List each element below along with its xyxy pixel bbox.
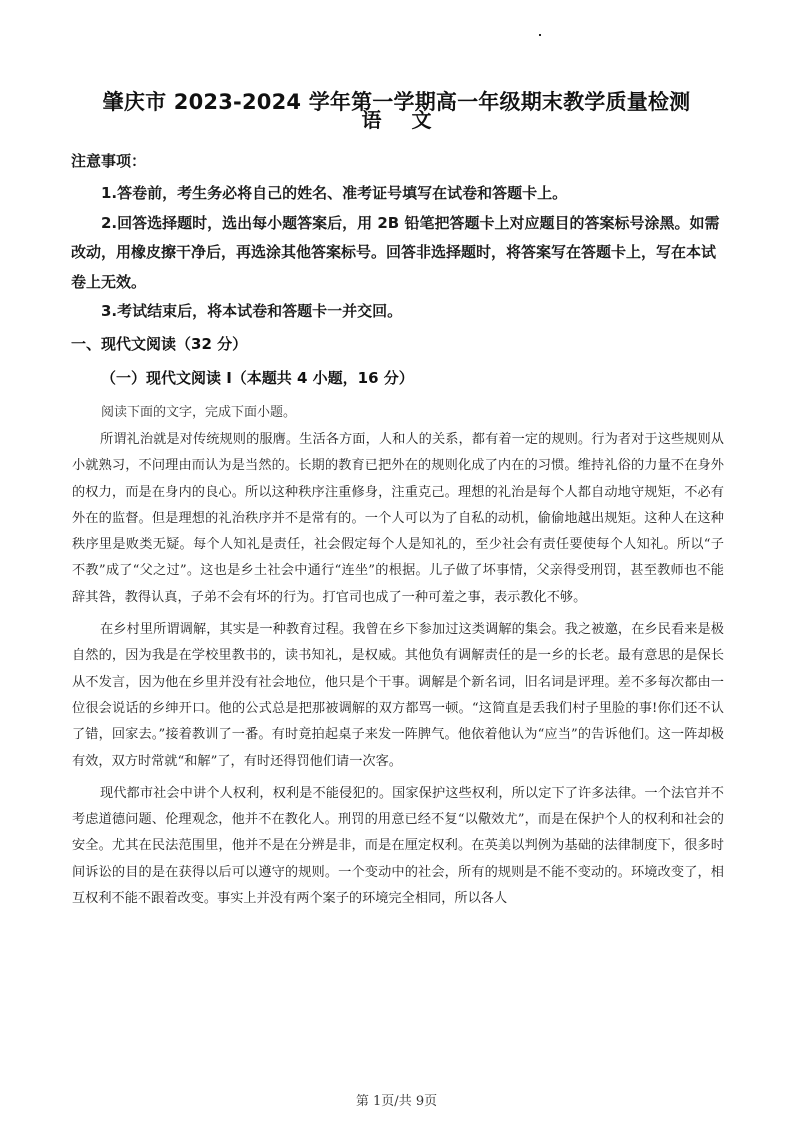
notice-list: 1.答卷前，考生务必将自己的姓名、准考证号填写在试卷和答题卡上。 2.回答选择题… (71, 179, 726, 327)
reading-passage: 所谓礼治就是对传统规则的服膺。生活各方面，人和人的关系，都有着一定的规则。行为者… (72, 427, 724, 918)
section-heading: 一、现代文阅读（32 分） (71, 333, 247, 354)
notice-item-1: 1.答卷前，考生务必将自己的姓名、准考证号填写在试卷和答题卡上。 (71, 179, 726, 209)
section-subheading: （一）现代文阅读 I（本题共 4 小题，16 分） (101, 367, 414, 388)
passage-paragraph-1: 所谓礼治就是对传统规则的服膺。生活各方面，人和人的关系，都有着一定的规则。行为者… (72, 427, 724, 611)
page-number: 第 1页/共 9页 (0, 1090, 793, 1109)
subject-title: 语文 (0, 105, 793, 135)
notice-item-3: 3.考试结束后，将本试卷和答题卡一并交回。 (71, 297, 726, 327)
passage-paragraph-3: 现代都市社会中讲个人权利，权利是不能侵犯的。国家保护这些权利，所以定下了许多法律… (72, 781, 724, 912)
notice-item-2: 2.回答选择题时，选出每小题答案后，用 2B 铅笔把答题卡上对应题目的答案标号涂… (71, 209, 726, 298)
subject-char-1: 语 (362, 105, 382, 135)
subject-char-2: 文 (412, 105, 432, 135)
passage-paragraph-2: 在乡村里所谓调解，其实是一种教育过程。我曾在乡下参加过这类调解的集会。我之被邀，… (72, 617, 724, 775)
reading-instruction: 阅读下面的文字，完成下面小题。 (101, 401, 296, 420)
notice-heading: 注意事项： (71, 150, 726, 171)
scan-speck (539, 34, 541, 36)
